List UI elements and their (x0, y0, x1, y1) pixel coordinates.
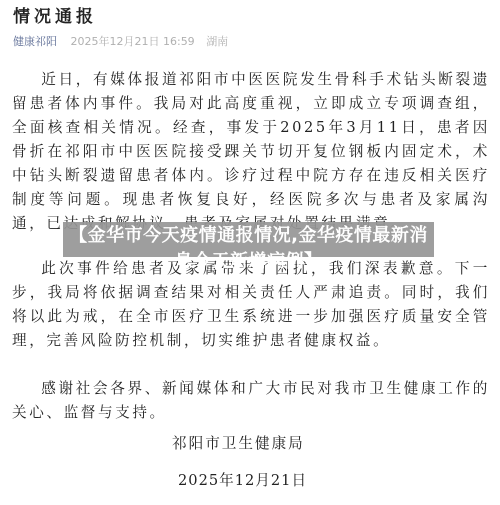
paragraph: 近日，有媒体报道祁阳市中医医院发生骨科手术钻头断裂遗留患者体内事件。我局对此高度… (12, 68, 490, 236)
publish-location: 湖南 (206, 35, 228, 48)
signature-date: 2025年12月21日 (178, 469, 307, 490)
signature-issuer: 祁阳市卫生健康局 (172, 432, 305, 453)
article-meta: 健康祁阳 2025年12月21日 16:59 湖南 (13, 35, 228, 49)
paragraph: 感谢社会各界、新闻媒体和广大市民对我市卫生健康工作的关心、监督与支持。 (12, 377, 490, 425)
publish-datetime: 2025年12月21日 16:59 (71, 35, 195, 48)
overlay-caption: 【金华市今天疫情通报情况,金华疫情最新消息今天新增病例】 (63, 222, 434, 275)
page-title: 情况通报 (13, 6, 97, 28)
author-link[interactable]: 健康祁阳 (13, 35, 57, 48)
